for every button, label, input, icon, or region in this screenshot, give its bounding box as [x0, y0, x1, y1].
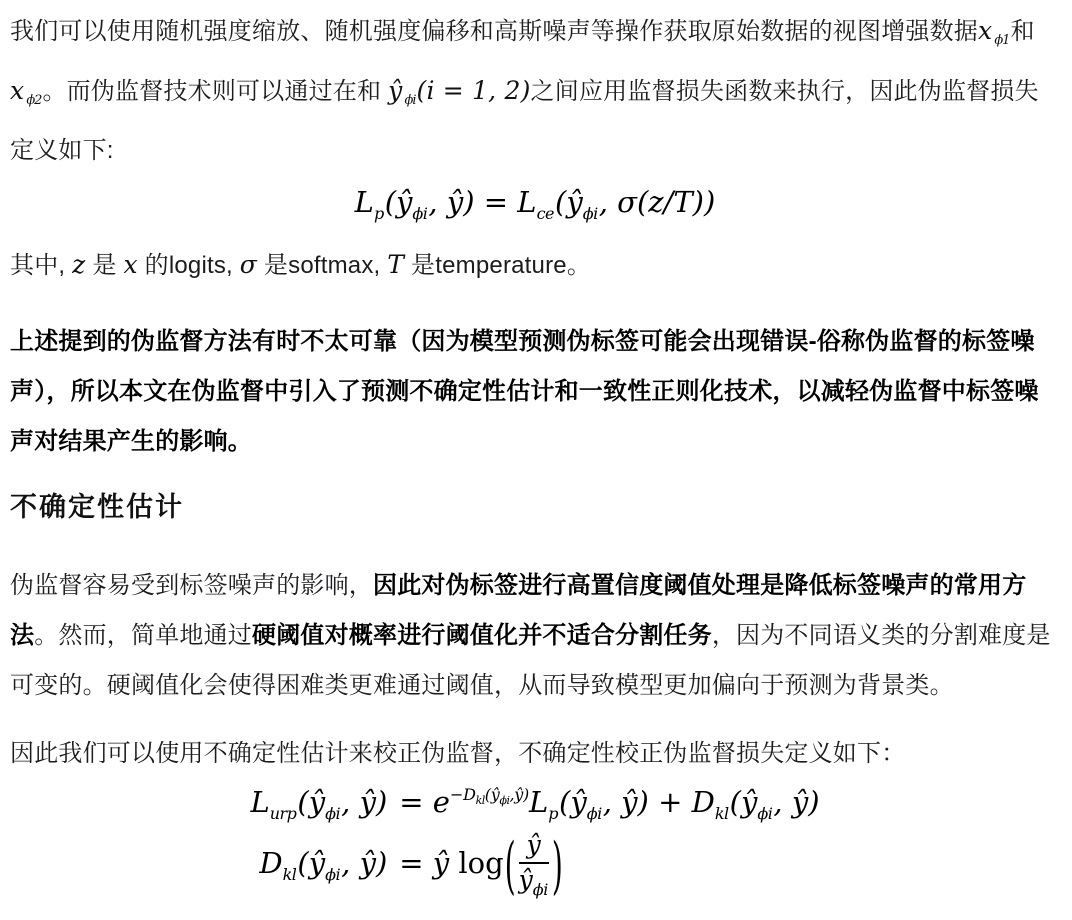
equation-lhs: Lurp(ŷϕi, ŷ) — [250, 781, 393, 827]
math-tail: (i = 1, 2) — [416, 76, 530, 105]
text-run: 其中, — [10, 252, 72, 279]
formula-pseudo-supervision-loss: Lp(ŷϕi, ŷ) = Lce(ŷϕi, σ(z/T)) — [10, 178, 1060, 238]
fraction-denominator: ŷϕi — [519, 866, 549, 899]
math-subscript: ϕi — [325, 865, 340, 884]
paragraph-notation: 其中, z 是 x 的logits, σ 是softmax, T 是temper… — [10, 240, 1060, 291]
text-run: 是softmax, — [257, 252, 387, 279]
big-paren-right: ) — [552, 829, 563, 902]
math-subscript: ϕi — [533, 880, 548, 899]
paragraph-motivation-bold: 上述提到的伪监督方法有时不太可靠（因为模型预测伪标签可能会出现错误-俗称伪监督的… — [10, 317, 1060, 467]
math-subscript: ϕi — [325, 804, 340, 823]
text-run: 伪监督容易受到标签噪声的影响， — [10, 572, 373, 599]
math-subscript: p — [374, 204, 384, 223]
text-run-bold: 硬阈值对概率进行阈值化并不适合分割任务 — [252, 622, 712, 649]
math-x-phi2: xϕ2 — [10, 76, 42, 105]
math-var: L — [529, 785, 548, 819]
math-subscript: ϕi — [404, 93, 415, 108]
math-run: (ŷ — [485, 785, 500, 804]
text-run: 我们可以使用随机强度缩放、随机强度偏移和高斯噪声等操作获取原始数据的视图增强数据 — [10, 18, 978, 45]
math-var: ŷ — [388, 76, 402, 105]
math-run: , ŷ) = L — [428, 185, 536, 219]
math-var: L — [250, 785, 269, 819]
math-exponent: −Dkl(ŷϕi,ŷ) — [450, 785, 529, 804]
paragraph-rectified-intro: 因此我们可以使用不确定性估计来校正伪监督，不确定性校正伪监督损失定义如下： — [10, 729, 1060, 779]
math-var-T: T — [387, 250, 404, 279]
equation-row-dkl: Dkl(ŷϕi, ŷ) = ŷ log(ŷŷϕi) — [250, 827, 819, 903]
section-heading-uncertainty-estimation: 不确定性估计 — [10, 491, 1060, 525]
text-run: 。然而，简单地通过 — [34, 622, 252, 649]
text-run: 是 — [86, 252, 124, 279]
text-run: 是temperature。 — [404, 252, 591, 279]
equation-row-lurp: Lurp(ŷϕi, ŷ) = e−Dkl(ŷϕi,ŷ)Lp(ŷϕi, ŷ) + … — [250, 781, 819, 827]
math-run: (ŷ — [559, 785, 587, 819]
math-var-x: x — [123, 250, 137, 279]
math-subscript: ϕ2 — [26, 93, 41, 108]
equation-rhs: = e−Dkl(ŷϕi,ŷ)Lp(ŷϕi, ŷ) + Dkl(ŷϕi, ŷ) — [393, 781, 819, 827]
math-run: (ŷ — [730, 785, 758, 819]
math-run: = ŷ — [399, 846, 458, 880]
math-subscript: kl — [476, 794, 485, 807]
text-run: 。而伪监督技术则可以通过在和 — [42, 78, 388, 105]
math-var: D — [259, 846, 282, 880]
article-body: 我们可以使用随机强度缩放、随机强度偏移和高斯噪声等操作获取原始数据的视图增强数据… — [0, 0, 1072, 903]
math-run: , σ(z/T)) — [599, 185, 716, 219]
math-var: x — [978, 16, 992, 45]
paragraph-augmentation: 我们可以使用随机强度缩放、随机强度偏移和高斯噪声等操作获取原始数据的视图增强数据… — [10, 6, 1060, 176]
math-subscript: ϕi — [412, 204, 427, 223]
math-var-sigma: σ — [240, 250, 257, 279]
math-yhat-phii: ŷϕi(i = 1, 2) — [388, 76, 530, 105]
math-subscript: kl — [283, 865, 297, 884]
math-var: L — [355, 185, 374, 219]
math-subscript: ce — [537, 204, 554, 223]
paragraph-thresholding: 伪监督容易受到标签噪声的影响，因此对伪标签进行高置信度阈值处理是降低标签噪声的常… — [10, 561, 1060, 711]
math-var: ŷ — [519, 865, 533, 894]
equation-rhs: = ŷ log(ŷŷϕi) — [393, 827, 819, 903]
math-subscript: p — [548, 804, 558, 823]
math-run: (ŷ — [385, 185, 413, 219]
math-subscript: kl — [715, 804, 729, 823]
equation-lhs: Dkl(ŷϕi, ŷ) — [250, 827, 393, 903]
math-log-operator: log — [458, 846, 503, 880]
math-run: , ŷ) — [341, 846, 387, 880]
fraction-numerator: ŷ — [527, 831, 541, 860]
text-run: 和 — [1010, 18, 1034, 45]
text-run: 的logits, — [138, 252, 240, 279]
text-run-bold: 上述提到的伪监督方法有时不太可靠（因为模型预测伪标签可能会出现错误-俗称伪监督的… — [10, 328, 1039, 455]
math-var: x — [10, 76, 24, 105]
math-run: (ŷ — [297, 785, 325, 819]
math-run: −D — [450, 785, 476, 804]
fraction-bar — [519, 862, 549, 864]
math-subscript: ϕi — [499, 794, 509, 807]
math-subscript: ϕi — [757, 804, 772, 823]
math-var-z: z — [72, 250, 85, 279]
math-run: ,ŷ) — [510, 785, 529, 804]
formula-uncertainty-rectified-loss: Lurp(ŷϕi, ŷ) = e−Dkl(ŷϕi,ŷ)Lp(ŷϕi, ŷ) + … — [250, 781, 819, 903]
math-run: , ŷ) + D — [603, 785, 715, 819]
math-run: = e — [399, 785, 450, 819]
math-subscript: ϕi — [587, 804, 602, 823]
math-subscript: urp — [270, 804, 297, 823]
text-run: 因此我们可以使用不确定性估计来校正伪监督，不确定性校正伪监督损失定义如下： — [10, 740, 905, 767]
math-subscript: ϕi — [583, 204, 598, 223]
math-run: , ŷ) — [773, 785, 819, 819]
math-fraction: ŷŷϕi — [519, 831, 549, 899]
math-subscript: ϕ1 — [994, 33, 1009, 48]
math-run: (ŷ — [555, 185, 583, 219]
math-run: , ŷ) — [341, 785, 387, 819]
big-paren-left: ( — [505, 829, 516, 902]
math-x-phi1: xϕ1 — [978, 16, 1010, 45]
document-page: { "p1": { "t1": "我们可以使用随机强度缩放、随机强度偏移和高斯噪… — [0, 0, 1072, 920]
math-run: (ŷ — [297, 846, 325, 880]
